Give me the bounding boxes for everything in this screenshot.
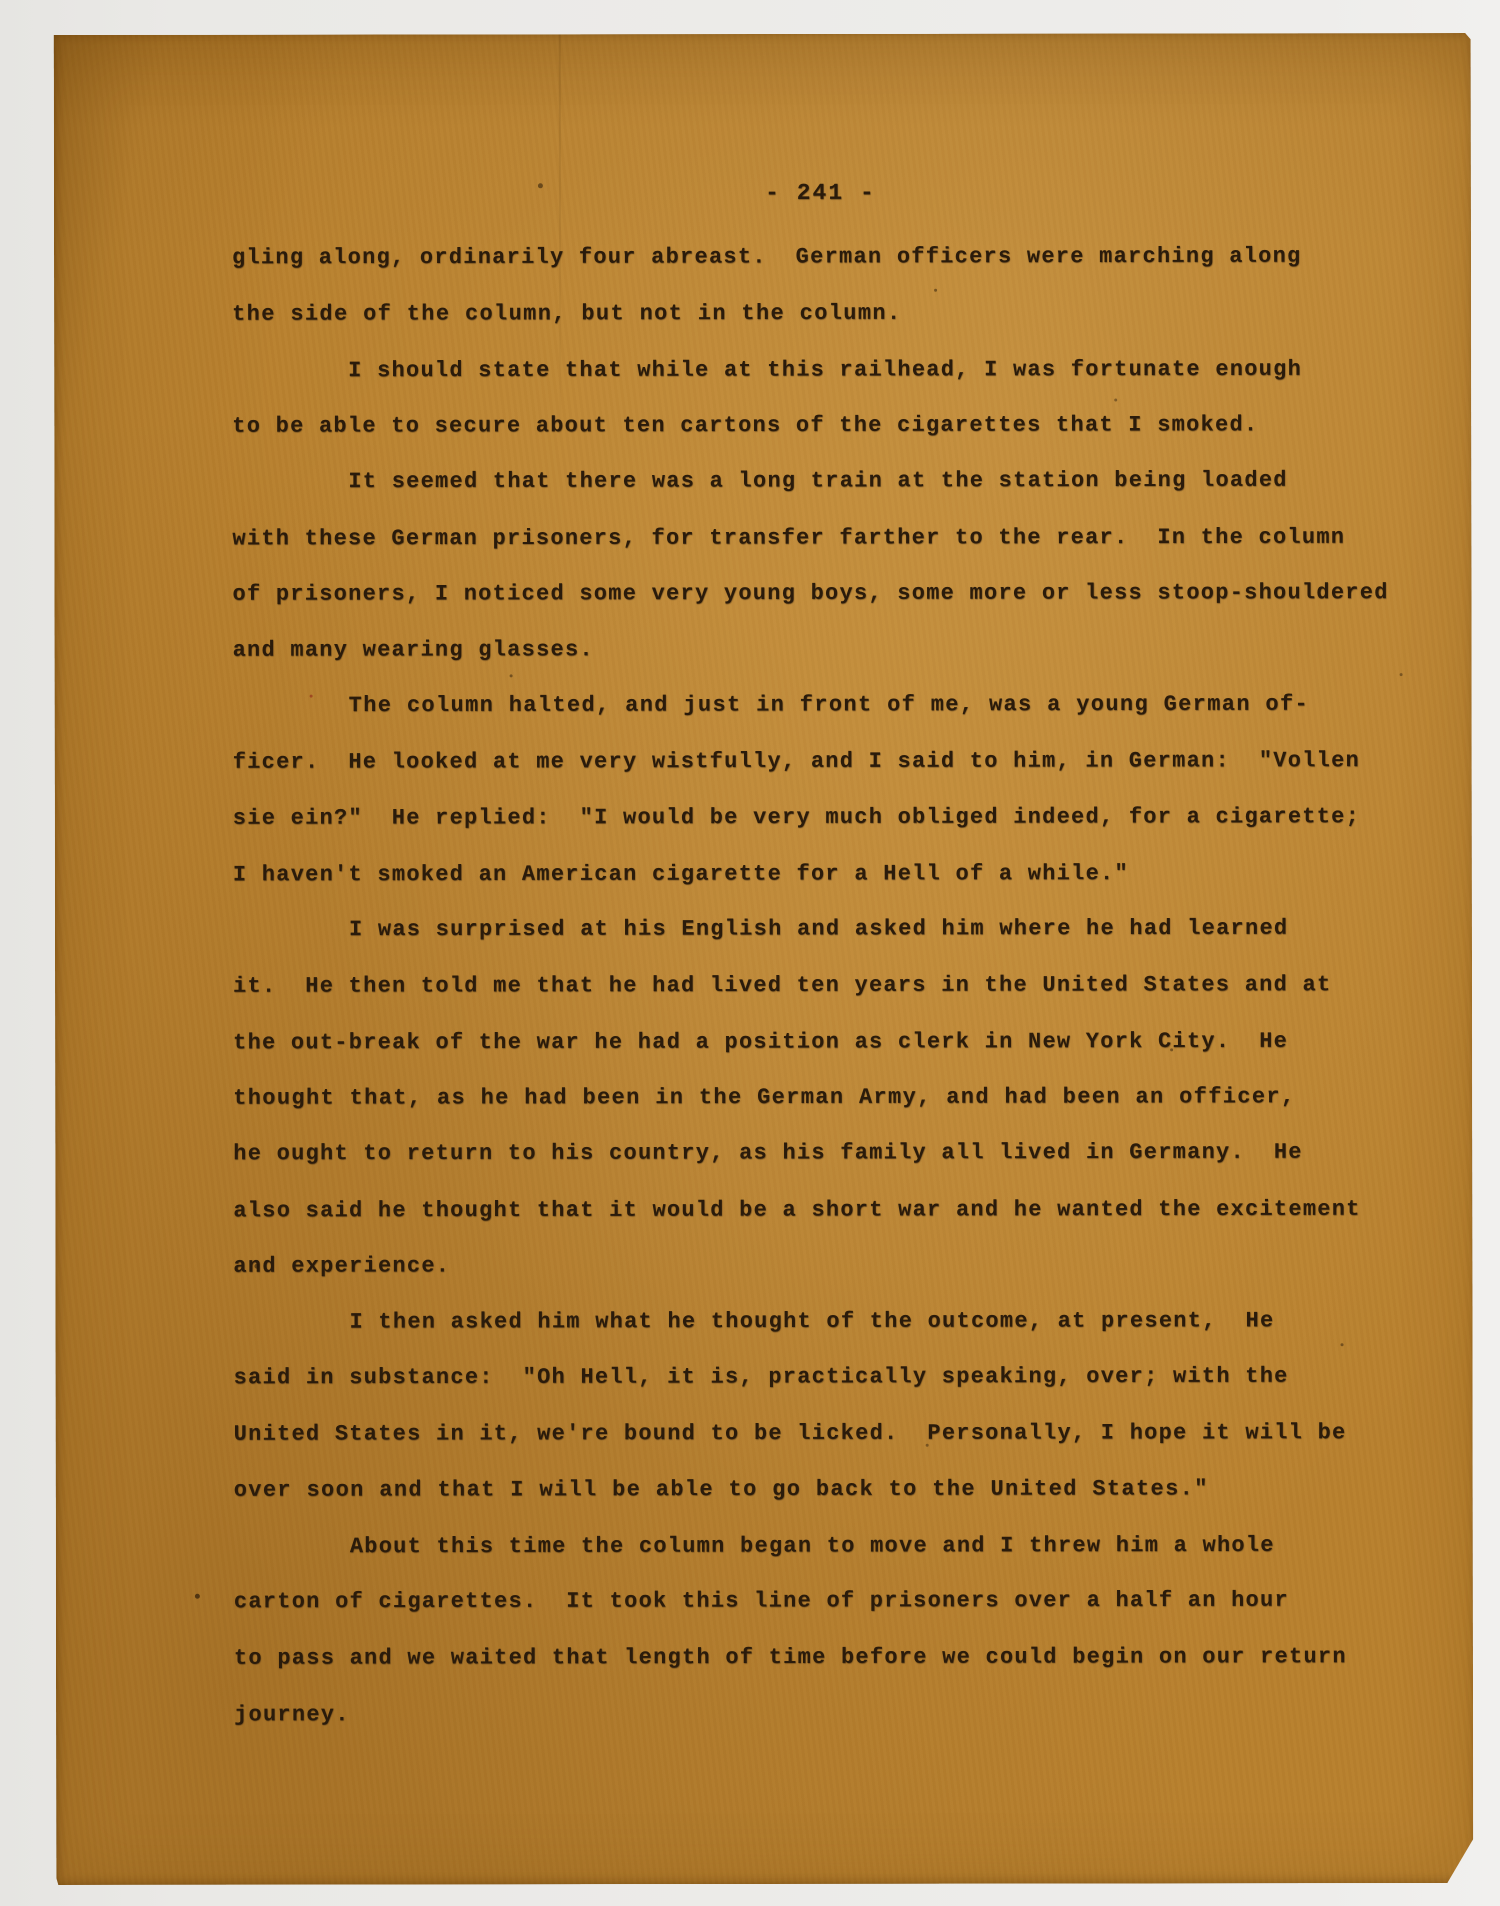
text-line: to pass and we waited that length of tim… <box>234 1629 1449 1687</box>
text-line: and many wearing glasses. <box>233 621 1448 679</box>
text-line: he ought to return to his country, as hi… <box>233 1125 1448 1183</box>
text-line: United States in it, we're bound to be l… <box>234 1405 1449 1463</box>
typed-lines: gling along, ordinarily four abreast. Ge… <box>232 229 1449 1743</box>
text-line: the side of the column, but not in the c… <box>232 285 1447 343</box>
text-line: I should state that while at this railhe… <box>232 342 1447 400</box>
text-line: with these German prisoners, for transfe… <box>232 510 1447 568</box>
text-line: About this time the column began to move… <box>234 1518 1449 1576</box>
page-number: - 241 - <box>232 179 1409 207</box>
text-line: I haven't smoked an American cigarette f… <box>233 846 1448 904</box>
text-line: of prisoners, I noticed some very young … <box>232 565 1447 623</box>
text-line: carton of cigarettes. It took this line … <box>234 1573 1449 1631</box>
text-line: it. He then told me that he had lived te… <box>233 957 1448 1015</box>
text-line: gling along, ordinarily four abreast. Ge… <box>232 229 1447 287</box>
paper-specks <box>54 35 57 38</box>
text-line: thought that, as he had been in the Germ… <box>233 1069 1448 1127</box>
text-line: I then asked him what he thought of the … <box>233 1293 1448 1351</box>
text-line: ficer. He looked at me very wistfully, a… <box>233 733 1448 791</box>
text-line: I was surprised at his English and asked… <box>233 901 1448 959</box>
text-line: It seemed that there was a long train at… <box>232 453 1447 511</box>
text-line: said in substance: "Oh Hell, it is, prac… <box>234 1349 1449 1407</box>
text-line: and experience. <box>233 1237 1448 1295</box>
text-line: over soon and that I will be able to go … <box>234 1461 1449 1519</box>
text-line: journey. <box>234 1686 1449 1744</box>
document-page: - 241 - gling along, ordinarily four abr… <box>54 33 1474 1885</box>
text-line: the out-break of the war he had a positi… <box>233 1014 1448 1072</box>
scan-background: - 241 - gling along, ordinarily four abr… <box>0 0 1500 1906</box>
screenshot-root: { "page": { "number_label": "- 241 -", "… <box>0 0 1500 1906</box>
text-line: also said he thought that it would be a … <box>233 1182 1448 1240</box>
text-line: The column halted, and just in front of … <box>233 677 1448 735</box>
text-line: sie ein?" He replied: "I would be very m… <box>233 789 1448 847</box>
text-line: to be able to secure about ten cartons o… <box>232 397 1447 455</box>
